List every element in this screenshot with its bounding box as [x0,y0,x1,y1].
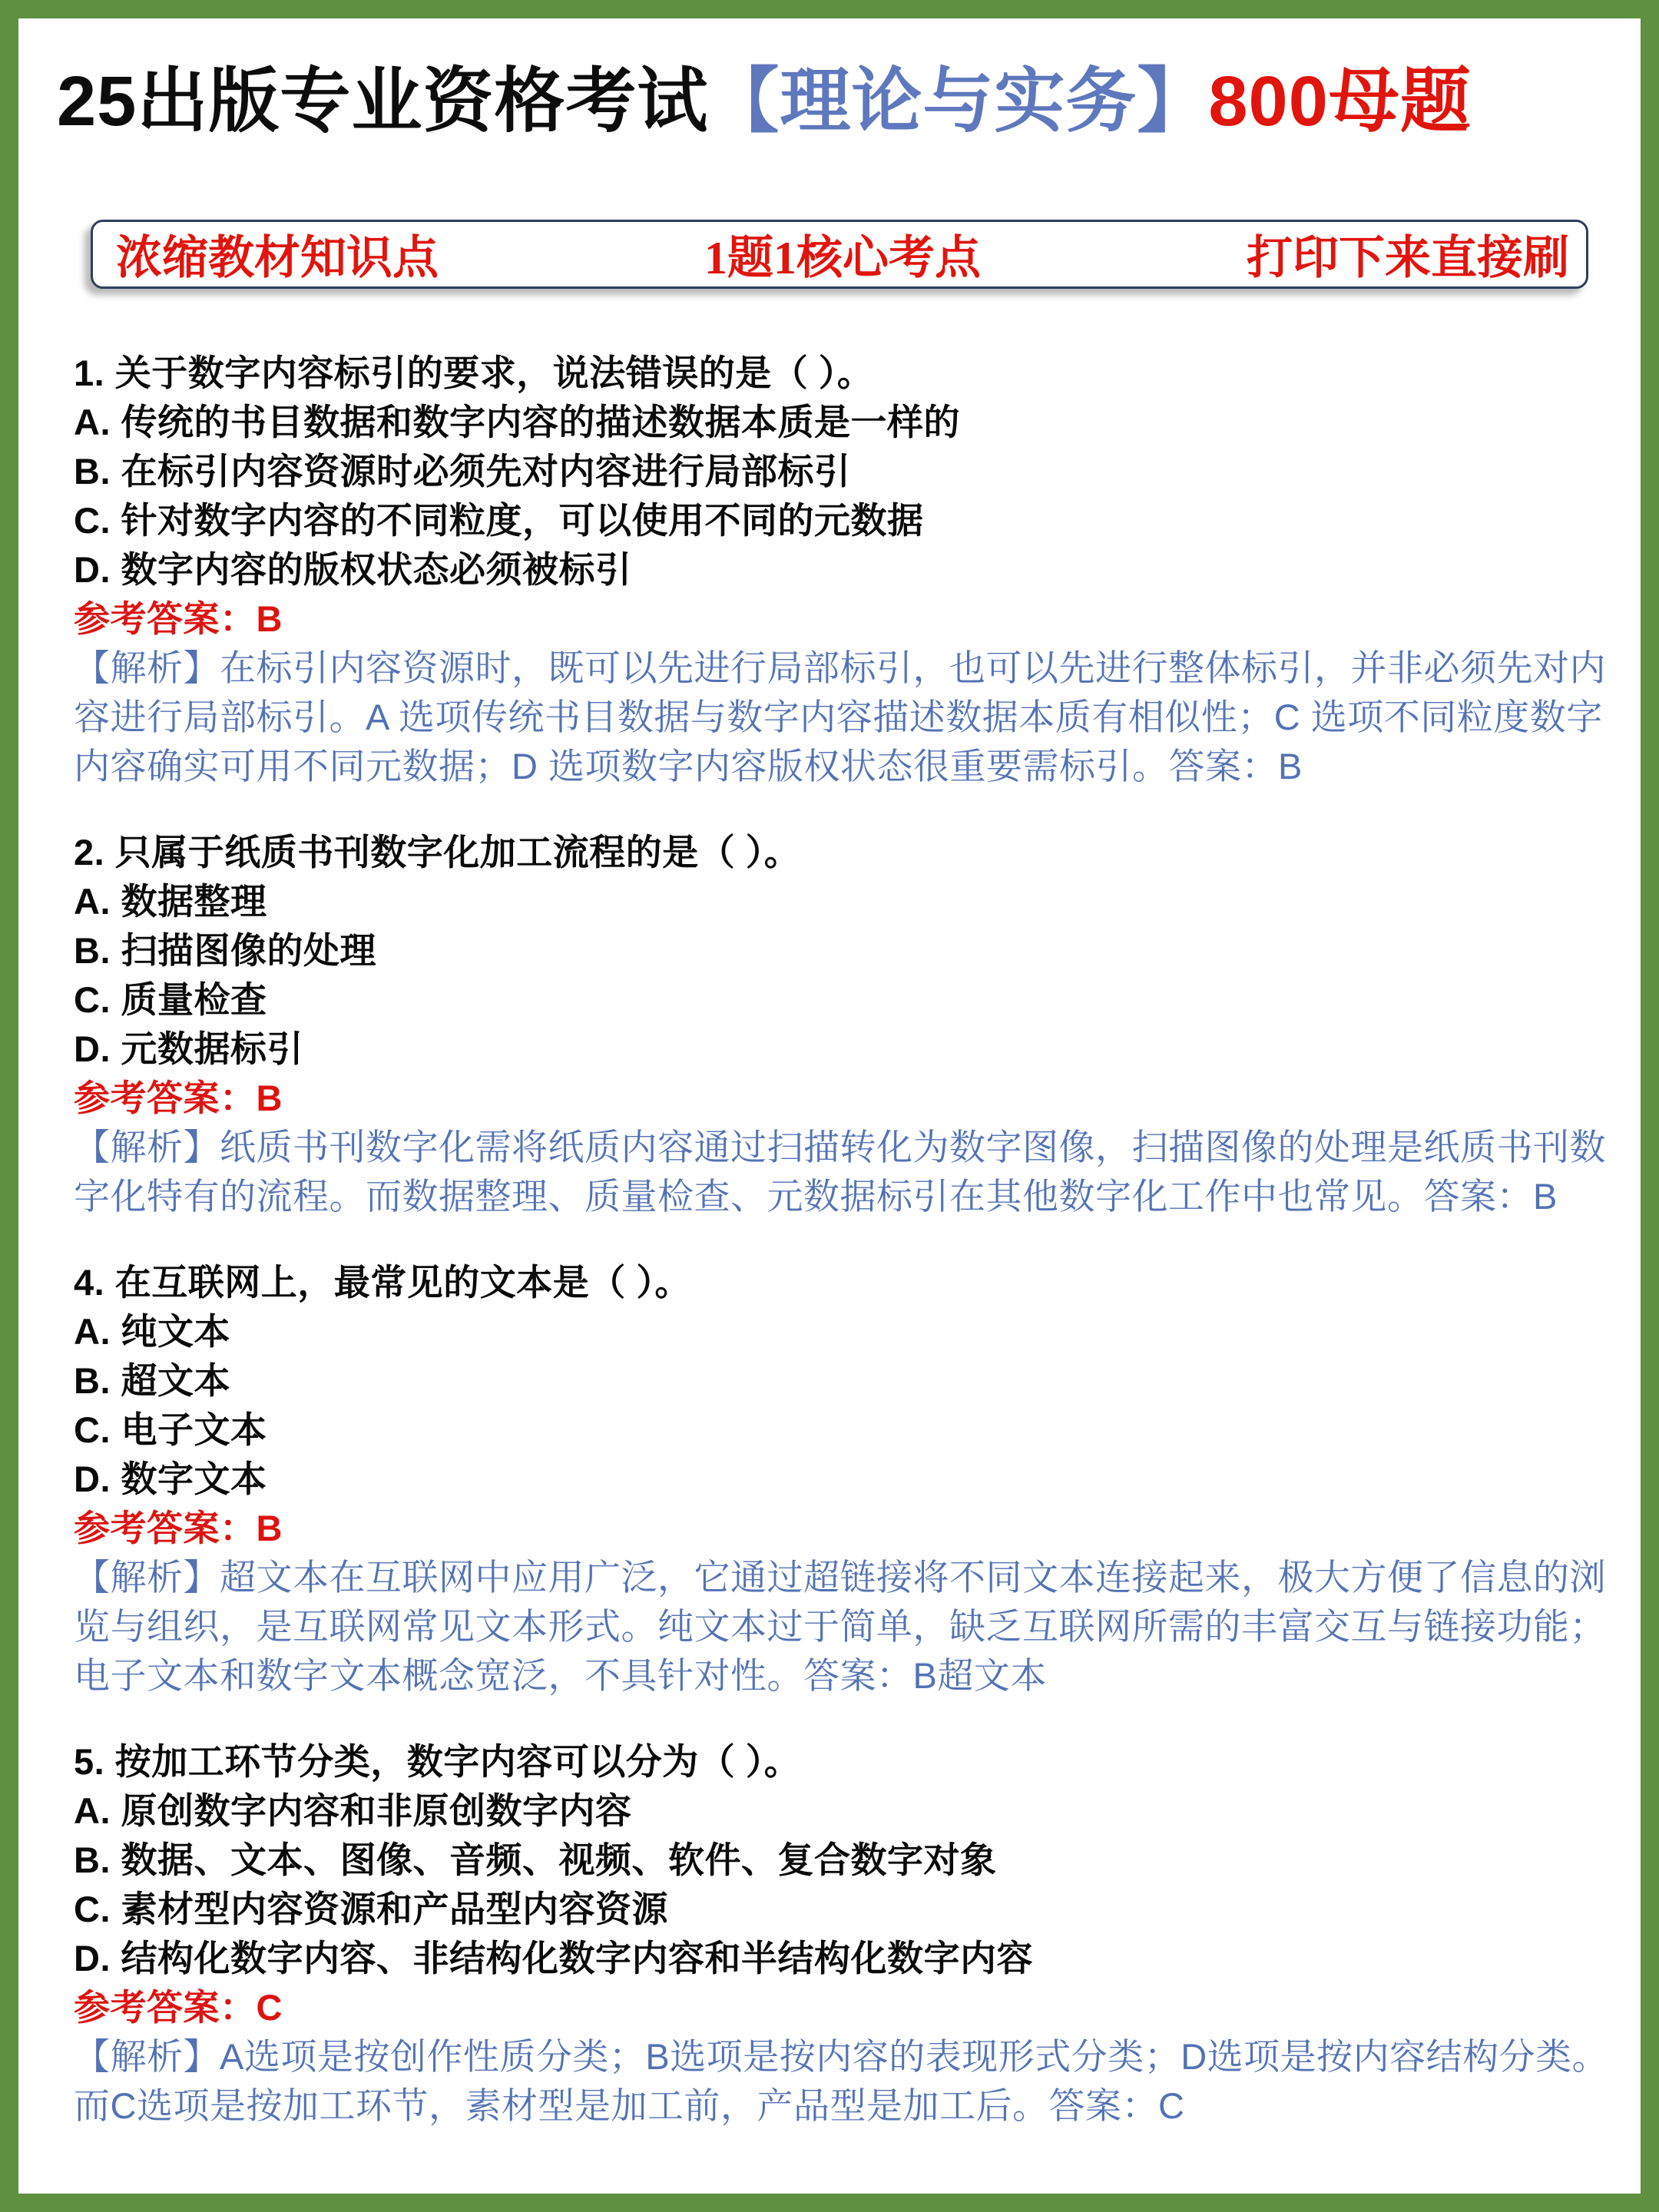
question-text: 5. 按加工环节分类，数字内容可以分为（ ）。 [74,1737,1633,1786]
option-a: A. 纯文本 [74,1307,1633,1356]
highlights-banner: 浓缩教材知识点 1题1核心考点 打印下来直接刷 [91,220,1588,289]
answer-text: 参考答案：B [74,594,1633,644]
question-text: 4. 在互联网上，最常见的文本是（ ）。 [74,1258,1633,1307]
question-block-2: 2. 只属于纸质书刊数字化加工流程的是（ ）。 A. 数据整理 B. 扫描图像的… [74,828,1633,1221]
banner-item-print: 打印下来直接刷 [1247,221,1569,287]
option-d: D. 数字内容的版权状态必须被标引 [74,545,1633,594]
option-b: B. 扫描图像的处理 [74,926,1633,975]
banner-item-keypoint: 1题1核心考点 [704,221,981,287]
banner-item-knowledge: 浓缩教材知识点 [116,221,439,287]
answer-text: 参考答案：C [74,1983,1633,2032]
option-b: B. 超文本 [74,1356,1633,1406]
option-c: C. 电子文本 [74,1406,1633,1455]
option-a: A. 原创数字内容和非原创数字内容 [74,1786,1633,1836]
option-d: D. 数字文本 [74,1455,1633,1504]
option-d: D. 元数据标引 [74,1025,1633,1074]
analysis-text: 【解析】纸质书刊数字化需将纸质内容通过扫描转化为数字图像，扫描图像的处理是纸质书… [74,1123,1633,1221]
title-exam-name: 25出版专业资格考试 [57,62,708,141]
option-c: C. 针对数字内容的不同粒度，可以使用不同的元数据 [74,496,1633,545]
question-block-5: 5. 按加工环节分类，数字内容可以分为（ ）。 A. 原创数字内容和非原创数字内… [74,1737,1633,2131]
option-a: A. 数据整理 [74,877,1633,926]
analysis-text: 【解析】A选项是按创作性质分类；B选项是按内容的表现形式分类；D选项是按内容结构… [74,2032,1633,2131]
option-b: B. 在标引内容资源时必须先对内容进行局部标引 [74,447,1633,496]
analysis-text: 【解析】超文本在互联网中应用广泛，它通过超链接将不同文本连接起来，极大方便了信息… [74,1553,1633,1700]
analysis-text: 【解析】在标引内容资源时，既可以先进行局部标引，也可以先进行整体标引，并非必须先… [74,644,1633,791]
title-series: 800母题 [1208,62,1472,141]
option-d: D. 结构化数字内容、非结构化数字内容和半结构化数字内容 [74,1934,1633,1983]
question-text: 1. 关于数字内容标引的要求，说法错误的是（ ）。 [74,349,1633,398]
option-c: C. 素材型内容资源和产品型内容资源 [74,1885,1633,1934]
answer-text: 参考答案：B [74,1074,1633,1123]
question-block-1: 1. 关于数字内容标引的要求，说法错误的是（ ）。 A. 传统的书目数据和数字内… [74,349,1633,791]
option-a: A. 传统的书目数据和数字内容的描述数据本质是一样的 [74,398,1633,447]
question-list: 1. 关于数字内容标引的要求，说法错误的是（ ）。 A. 传统的书目数据和数字内… [74,349,1633,2131]
worksheet-page: 25出版专业资格考试【理论与实务】800母题 浓缩教材知识点 1题1核心考点 打… [0,0,1659,2212]
question-block-4: 4. 在互联网上，最常见的文本是（ ）。 A. 纯文本 B. 超文本 C. 电子… [74,1258,1633,1700]
page-title: 25出版专业资格考试【理论与实务】800母题 [57,66,1618,137]
question-text: 2. 只属于纸质书刊数字化加工流程的是（ ）。 [74,828,1633,877]
option-b: B. 数据、文本、图像、音频、视频、软件、复合数字对象 [74,1836,1633,1885]
title-subject: 【理论与实务】 [708,62,1208,141]
option-c: C. 质量检查 [74,975,1633,1025]
answer-text: 参考答案：B [74,1504,1633,1553]
